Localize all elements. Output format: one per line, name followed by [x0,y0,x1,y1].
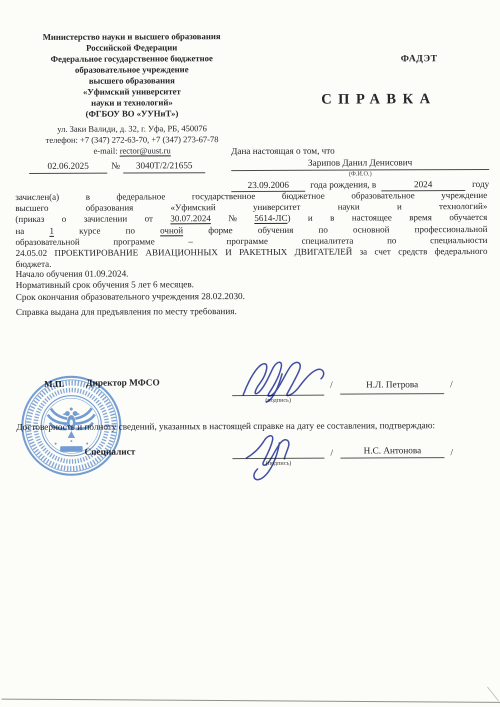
org-phone-line: телефон: +7 (347) 272-63-70, +7 (347) 27… [15,134,249,146]
org-contacts: ул. Заки Валиди, д. 32, г. Уфа, РБ, 4500… [15,123,249,157]
purpose-line: Справка выдана для предъявления по месту… [16,306,237,317]
intro-given: Дана настоящая о том, что [231,145,489,157]
year-word: году [472,179,489,190]
specialist-name: Н.С. Антонова [340,445,444,458]
birth-text: года рождения, в [310,179,376,190]
slash: / [450,379,453,389]
slash: / [450,447,453,457]
org-email-line: e-mail: rector@uust.ru [15,145,249,157]
specialist-signature-ink [238,430,336,482]
ref-date: 02.06.2025 [29,161,107,174]
doc-title: СПРАВКА [287,91,465,109]
student-full-name: Зарипов Данил Денисович [231,157,489,171]
body-line: 24.05.02ПРОЕКТИРОВАНИЕАВИАЦИОННЫХИРАКЕТН… [16,246,488,259]
ministry-line: Министерство науки и высшего образования [15,31,249,43]
org-header: Министерство науки и высшего образования… [15,31,249,120]
director-name: Н.Л. Петрова [340,379,444,394]
body-paragraph: зачислен(а)вфедеральноегосударственноебю… [15,190,487,270]
intro-block: Дана настоящая о том, что Зарипов Данил … [231,145,489,192]
double-headed-eagle-icon [48,407,95,451]
dept-code: ФАДЭТ [401,53,438,64]
ref-number: 3040Т/2/21655 [123,160,205,173]
end-date-line: Срок окончания образовательного учрежден… [16,291,245,303]
org-abbrev: (ФГБОУ ВО «УУНиТ») [15,108,249,120]
fio-caption: (Ф.И.О.) [231,170,489,179]
certificate-sheet: Министерство науки и высшего образования… [0,0,500,707]
study-details: Начало обучения 01.09.2024. Нормативный … [16,268,245,303]
university-seal-stamp [20,375,122,477]
number-sign: № [111,161,120,171]
director-signature-ink [236,358,340,404]
email-address: rector@uust.ru [120,145,171,155]
email-label: e-mail: [93,146,117,156]
